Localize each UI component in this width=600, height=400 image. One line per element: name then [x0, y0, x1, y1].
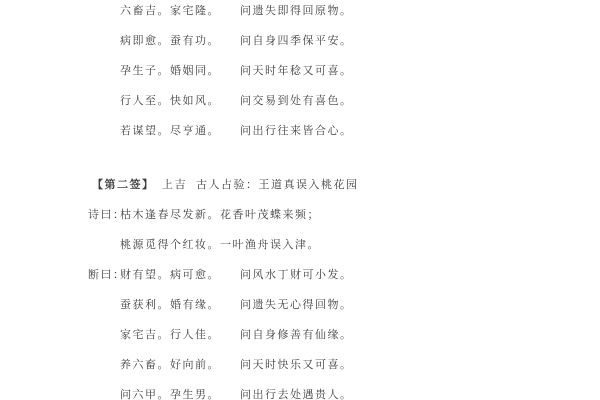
verdict-question: 问出行往来皆合心。 — [240, 122, 353, 138]
verdict-question: 问天时年稔又可喜。 — [240, 62, 353, 78]
verdict-phrase: 病即愈。蚕有功。 — [120, 32, 220, 48]
sign-grade: 上吉 — [162, 176, 187, 192]
verdict-question: 问交易到处有喜色。 — [240, 92, 353, 108]
verdict-question: 问天时快乐又可喜。 — [240, 356, 353, 372]
poem-text: 桃源觅得个红妆。一叶渔舟误入津。 — [120, 236, 320, 252]
verdict-phrase: 六畜吉。家宅隆。 — [120, 2, 220, 18]
fortune-row: 家宅吉。行人佳。 问自身修善有仙缘。 — [0, 326, 600, 342]
fortune-row: 孕生子。婚姻同。 问天时年稔又可喜。 — [0, 62, 600, 78]
verdict-question: 问风水丁财可小发。 — [240, 266, 353, 282]
fortune-row: 病即愈。蚕有功。 问自身四季保平安。 — [0, 32, 600, 48]
poem-line-1: 诗曰： 枯木逢春尽发新。花香叶茂蝶来频； — [0, 206, 600, 222]
verdict-phrase: 问六甲。孕生男。 — [120, 386, 220, 400]
fortune-row: 问六甲。孕生男。 问出行去处遇贵人。 — [0, 386, 600, 400]
verdict-phrase: 行人至。快如风。 — [120, 92, 220, 108]
verdict-question: 问出行去处遇贵人。 — [240, 386, 353, 400]
sign-header: 【第二签】 上吉 古人占验：王道真误入桃花园 — [0, 176, 600, 192]
poem-text: 枯木逢春尽发新。花香叶茂蝶来频； — [120, 206, 320, 222]
poem-line-2: 桃源觅得个红妆。一叶渔舟误入津。 — [0, 236, 600, 252]
fortune-row: 若谋望。尽亨通。 问出行往来皆合心。 — [0, 122, 600, 138]
verdict-phrase: 孕生子。婚姻同。 — [120, 62, 220, 78]
document-page: 六畜吉。家宅隆。 问遗失即得回原物。 病即愈。蚕有功。 问自身四季保平安。 孕生… — [0, 0, 600, 400]
verdict-phrase: 家宅吉。行人佳。 — [120, 326, 220, 342]
verdict-question: 问遗失即得回原物。 — [240, 2, 353, 18]
verdict-question: 问自身修善有仙缘。 — [240, 326, 353, 342]
verdict-question: 问自身四季保平安。 — [240, 32, 353, 48]
verdict-phrase: 蚕获利。婚有缘。 — [120, 296, 220, 312]
fortune-row: 行人至。快如风。 问交易到处有喜色。 — [0, 92, 600, 108]
fortune-row: 养六畜。好向前。 问天时快乐又可喜。 — [0, 356, 600, 372]
verdict-phrase: 财有望。病可愈。 — [120, 266, 220, 282]
verdict-phrase: 养六畜。好向前。 — [120, 356, 220, 372]
sign-story: 古人占验：王道真误入桃花园 — [196, 176, 359, 192]
verdict-phrase: 若谋望。尽亨通。 — [120, 122, 220, 138]
fortune-row: 六畜吉。家宅隆。 问遗失即得回原物。 — [0, 2, 600, 18]
fortune-row: 断曰： 财有望。病可愈。 问风水丁财可小发。 — [0, 266, 600, 282]
fortune-row: 蚕获利。婚有缘。 问遗失无心得回物。 — [0, 296, 600, 312]
sign-number: 【第二签】 — [92, 176, 155, 192]
verdict-question: 问遗失无心得回物。 — [240, 296, 353, 312]
